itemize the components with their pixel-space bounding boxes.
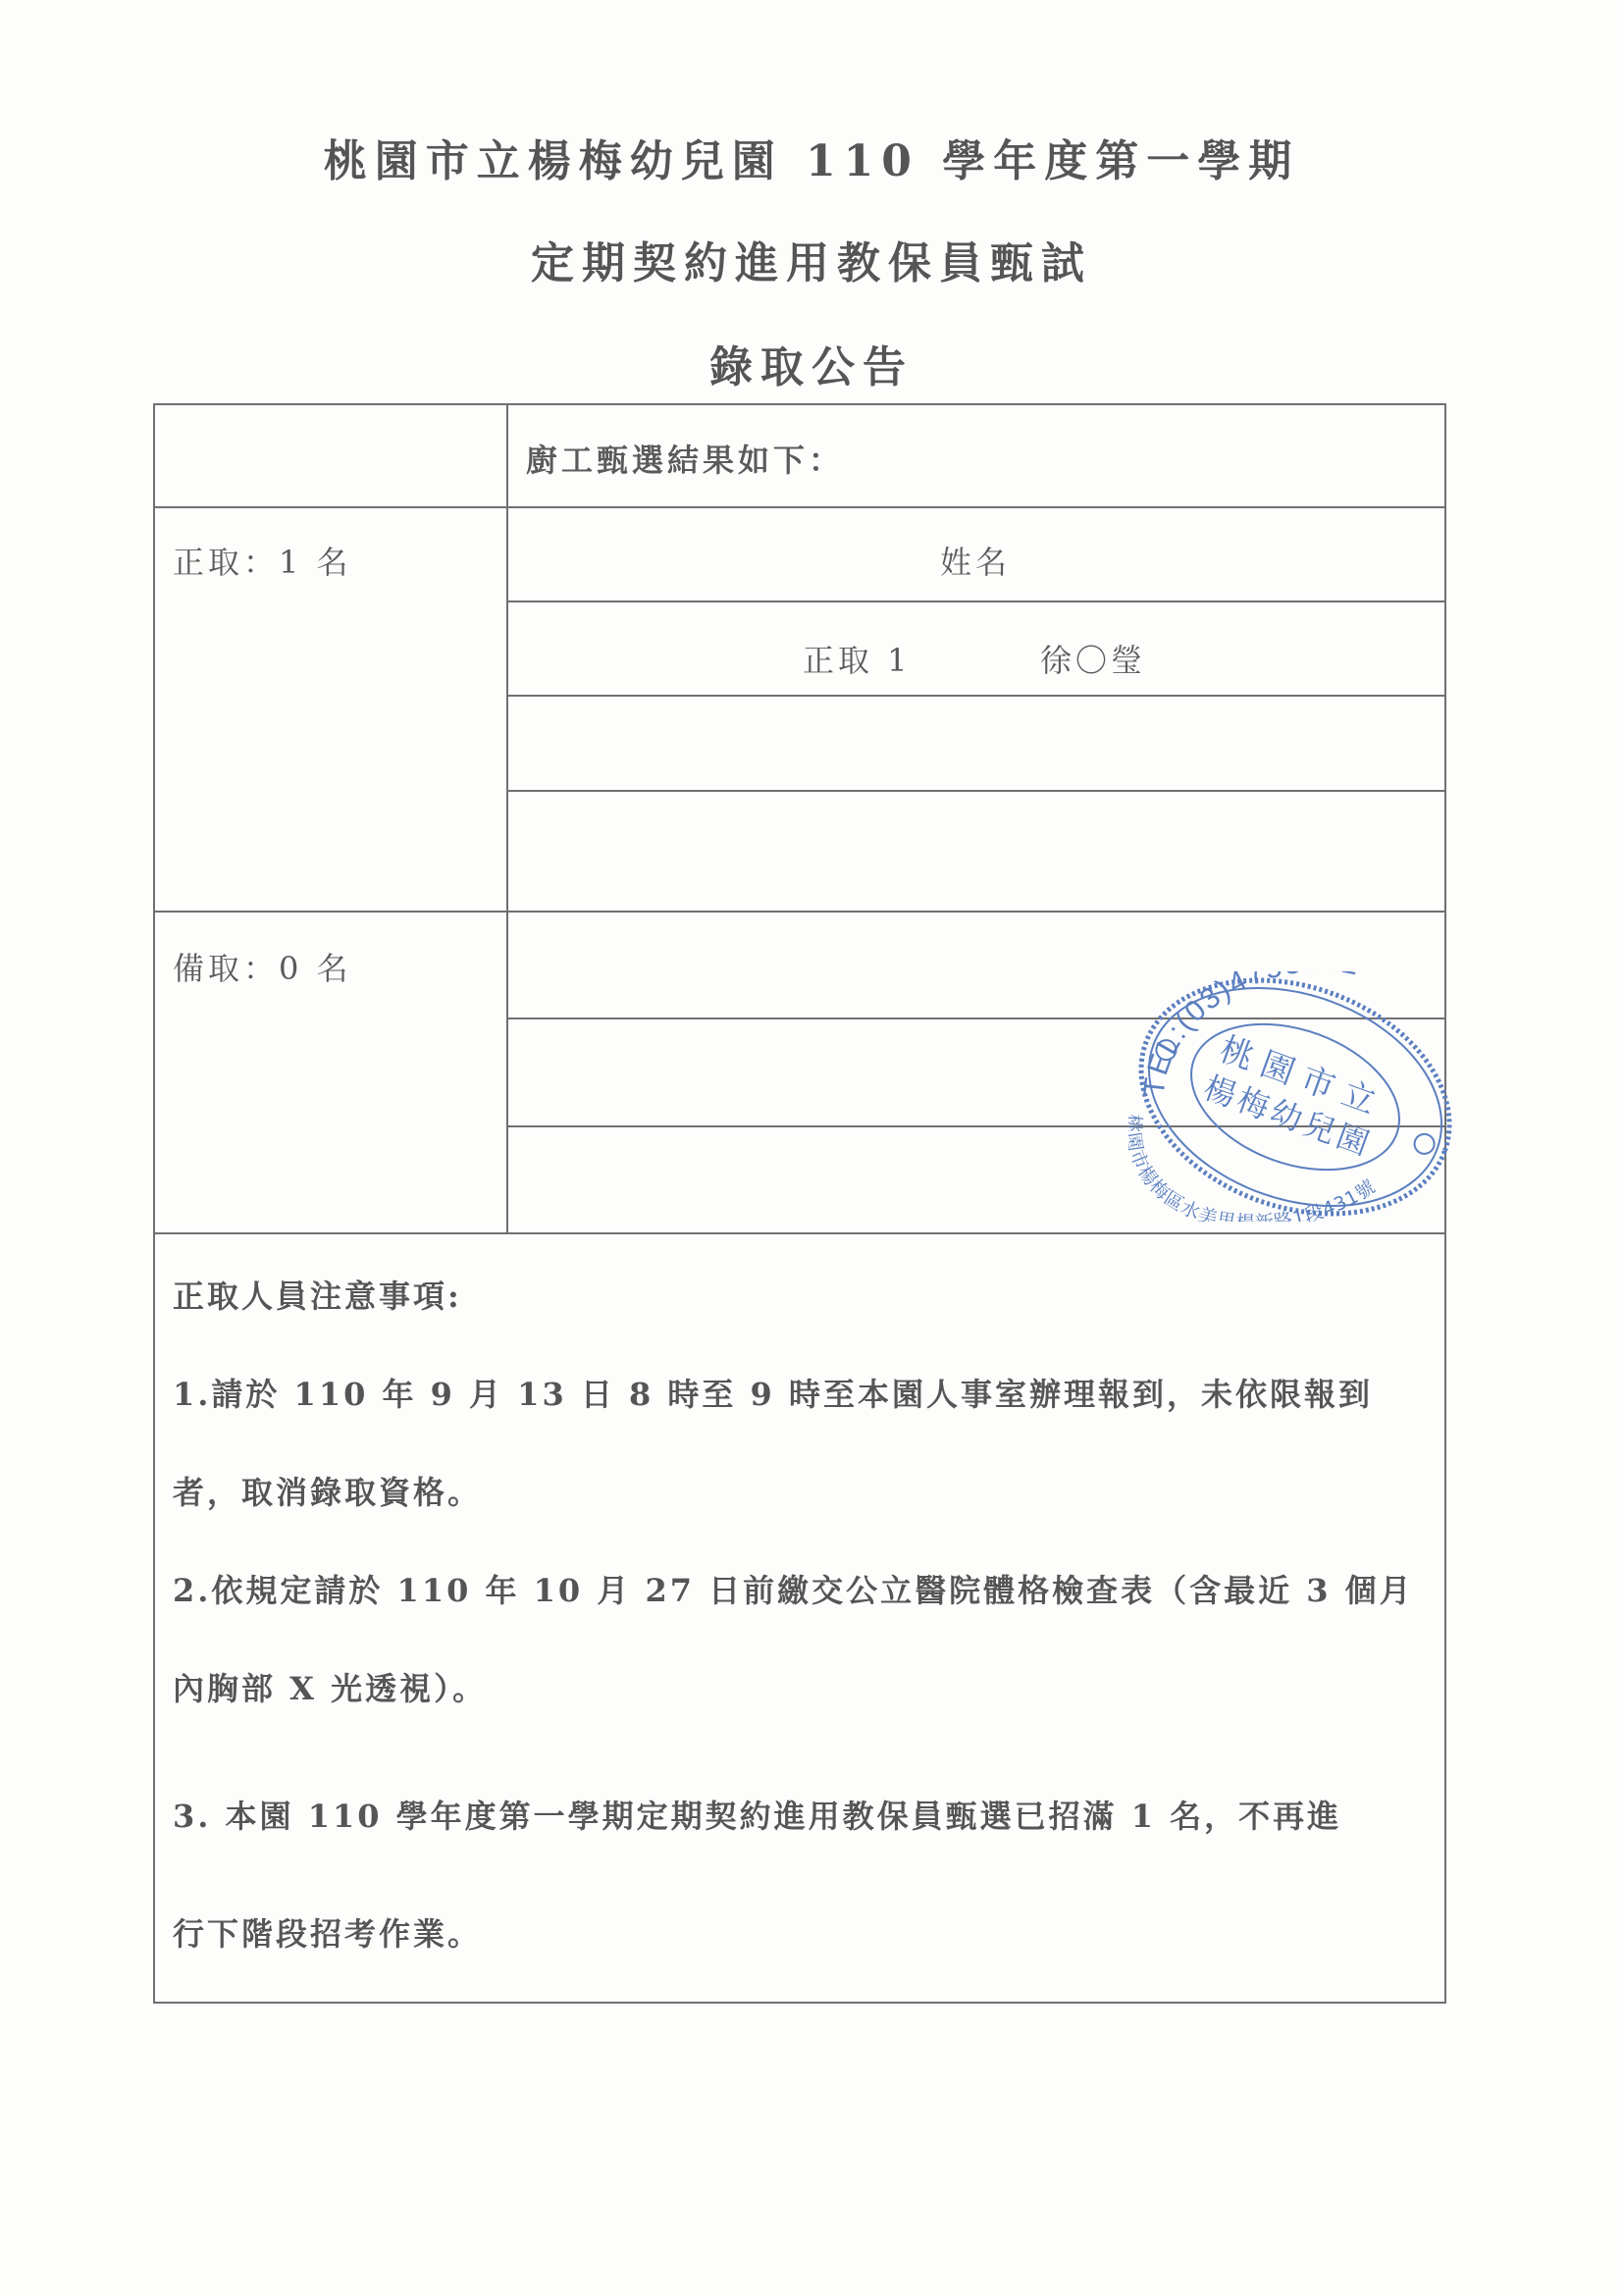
seal-icon: TEL:(03)4753312 桃園市楊梅區水美里楊新路1段431號 桃園市立 … xyxy=(1128,971,1462,1222)
column-divider xyxy=(506,403,508,1233)
title-exam-name: 定期契約進用教保員甄試 xyxy=(0,228,1623,290)
row-divider-name-header xyxy=(506,600,1446,602)
admitted-rank-1: 正取 1 xyxy=(803,636,912,681)
name-column-header: 姓名 xyxy=(940,538,1011,583)
title-announcement: 錄取公告 xyxy=(0,332,1623,394)
note-3-line-2: 行下階段招考作業。 xyxy=(173,1909,482,1955)
announcement-page: 桃園市立楊梅幼兒園 110 學年度第一學期 定期契約進用教保員甄試 錄取公告 廚… xyxy=(0,0,1623,2296)
note-1-line-2: 者，取消錄取資格。 xyxy=(173,1468,482,1513)
note-1-line-1: 1.請於 110 年 9 月 13 日 8 時至 9 時至本園人事室辦理報到，未… xyxy=(173,1370,1373,1415)
admitted-name-1: 徐〇瑩 xyxy=(1040,636,1146,681)
note-2-line-1: 2.依規定請於 110 年 10 月 27 日前繳交公立醫院體格檢查表（含最近 … xyxy=(173,1566,1414,1611)
plum-blossom-icon xyxy=(1412,1131,1438,1157)
admitted-count-label: 正取：1 名 xyxy=(173,538,352,583)
note-3-line-1: 3. 本園 110 學年度第一學期定期契約進用教保員甄選已招滿 1 名，不再進 xyxy=(173,1792,1341,1837)
notes-heading: 正取人員注意事項: xyxy=(173,1272,462,1317)
note-2-line-2: 內胸部 X 光透視）。 xyxy=(173,1664,487,1709)
waitlist-count-label: 備取：0 名 xyxy=(173,944,352,989)
row-divider-intro xyxy=(153,506,1446,508)
official-seal-stamp: TEL:(03)4753312 桃園市楊梅區水美里楊新路1段431號 桃園市立 … xyxy=(1128,971,1462,1222)
row-divider-admitted-2 xyxy=(506,790,1446,792)
row-divider-admitted-1 xyxy=(506,695,1446,697)
intro-text: 廚工甄選結果如下： xyxy=(526,436,844,481)
row-divider-notes xyxy=(153,1232,1446,1234)
row-divider-waitlist xyxy=(153,911,1446,913)
title-school-semester: 桃園市立楊梅幼兒園 110 學年度第一學期 xyxy=(0,126,1623,188)
